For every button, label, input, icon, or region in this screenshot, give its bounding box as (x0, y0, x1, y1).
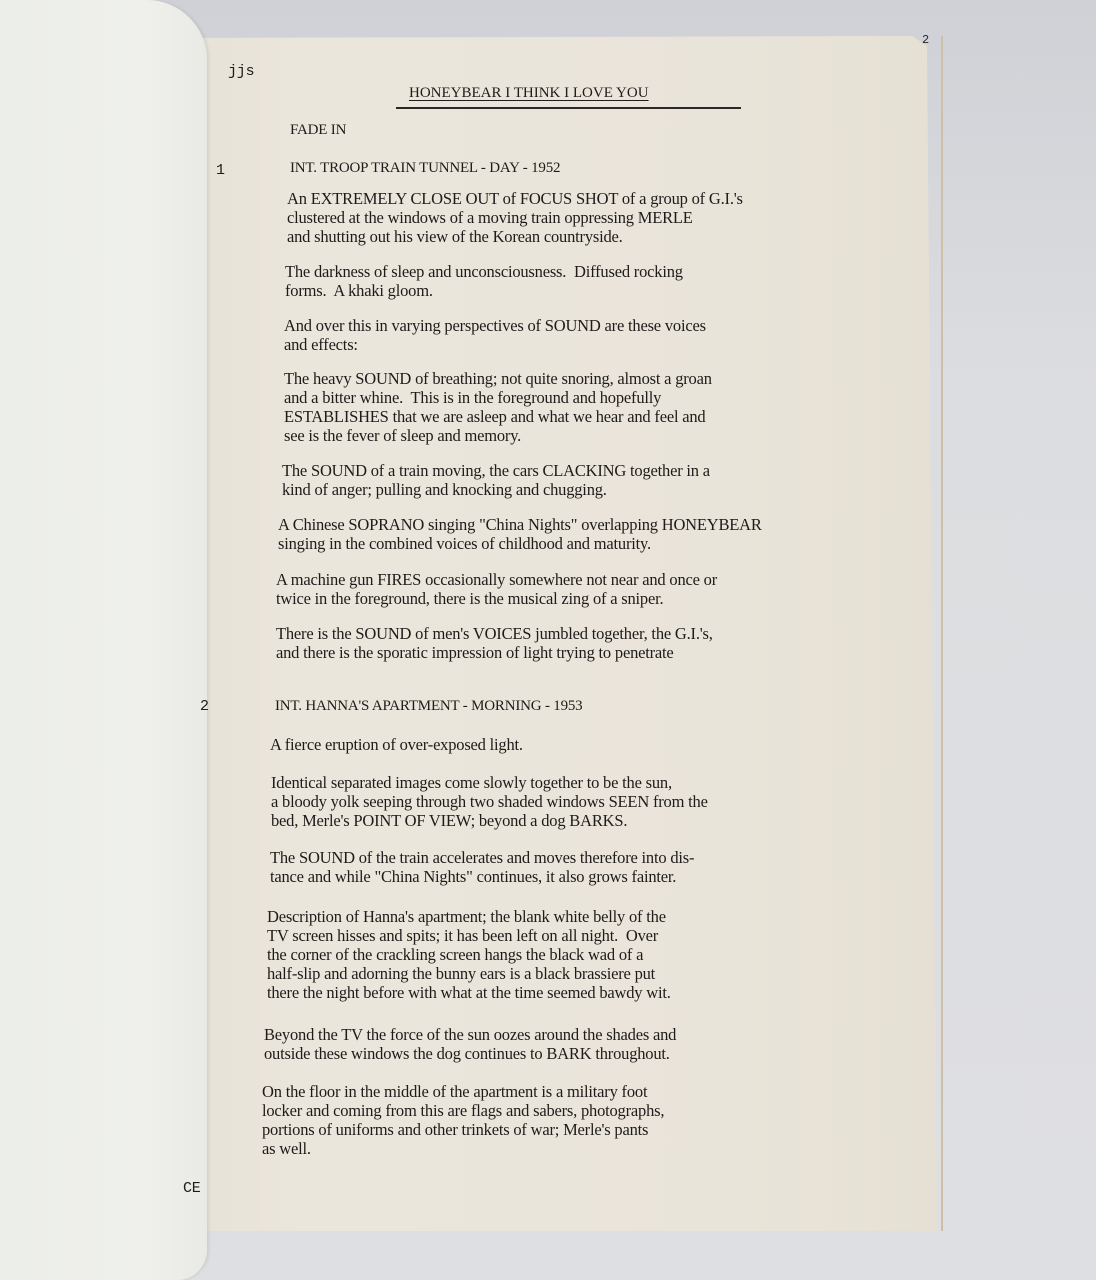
action-line: ESTABLISHES that we are asleep and what … (284, 407, 712, 426)
scene-heading: INT. HANNA'S APARTMENT - MORNING - 1953 (275, 697, 583, 716)
action-line: outside these windows the dog continues … (264, 1044, 676, 1063)
action-paragraph: The SOUND of the train accelerates and m… (270, 848, 694, 886)
action-line: half-slip and adorning the bunny ears is… (267, 964, 671, 983)
title-underline (396, 107, 741, 109)
action-line: bed, Merle's POINT OF VIEW; beyond a dog… (271, 811, 708, 830)
action-line: Identical separated images come slowly t… (271, 773, 708, 792)
action-paragraph: A Chinese SOPRANO singing "China Nights"… (278, 515, 762, 553)
action-line: and effects: (284, 335, 706, 354)
action-line: singing in the combined voices of childh… (278, 534, 762, 553)
action-line: kind of anger; pulling and knocking and … (282, 480, 710, 499)
action-line: twice in the foreground, there is the mu… (276, 589, 717, 608)
action-line: And over this in varying perspectives of… (284, 316, 706, 335)
binding-left-page (0, 0, 207, 1280)
typist-initials-top: jjs (228, 62, 254, 81)
action-paragraph: A fierce eruption of over-exposed light. (270, 735, 523, 754)
action-paragraph: A machine gun FIRES occasionally somewhe… (276, 570, 717, 608)
action-line: portions of uniforms and other trinkets … (262, 1120, 664, 1139)
action-line: forms. A khaki gloom. (285, 281, 683, 300)
action-paragraph: Beyond the TV the force of the sun oozes… (264, 1025, 676, 1063)
action-line: There is the SOUND of men's VOICES jumbl… (276, 624, 713, 643)
action-line: Description of Hanna's apartment; the bl… (267, 907, 671, 926)
action-line: and shutting out his view of the Korean … (287, 227, 743, 246)
action-line: and a bitter whine. This is in the foreg… (284, 388, 712, 407)
action-line: and there is the sporatic impression of … (276, 643, 713, 662)
action-line: An EXTREMELY CLOSE OUT of FOCUS SHOT of … (287, 189, 743, 208)
action-line: the corner of the crackling screen hangs… (267, 945, 671, 964)
action-paragraph: There is the SOUND of men's VOICES jumbl… (276, 624, 713, 662)
scene-heading: INT. TROOP TRAIN TUNNEL - DAY - 1952 (290, 159, 560, 178)
script-title: HONEYBEAR I THINK I LOVE YOU (409, 84, 649, 103)
typist-initials-bottom: CE (183, 1179, 201, 1198)
action-line: A fierce eruption of over-exposed light. (270, 735, 523, 754)
action-line: A Chinese SOPRANO singing "China Nights"… (278, 515, 762, 534)
action-line: A machine gun FIRES occasionally somewhe… (276, 570, 717, 589)
action-paragraph: An EXTREMELY CLOSE OUT of FOCUS SHOT of … (287, 189, 743, 246)
action-paragraph: And over this in varying perspectives of… (284, 316, 706, 354)
transition-fade-in: FADE IN (290, 121, 346, 140)
action-paragraph: Description of Hanna's apartment; the bl… (267, 907, 671, 1002)
action-line: there the night before with what at the … (267, 983, 671, 1002)
action-line: On the floor in the middle of the apartm… (262, 1082, 664, 1101)
action-line: tance and while "China Nights" continues… (270, 867, 694, 886)
action-line: The SOUND of a train moving, the cars CL… (282, 461, 710, 480)
action-paragraph: The darkness of sleep and unconsciousnes… (285, 262, 683, 300)
action-line: TV screen hisses and spits; it has been … (267, 926, 671, 945)
action-line: a bloody yolk seeping through two shaded… (271, 792, 708, 811)
scene-number: 1 (216, 161, 225, 180)
action-paragraph: Identical separated images come slowly t… (271, 773, 708, 830)
action-line: The SOUND of the train accelerates and m… (270, 848, 694, 867)
action-line: Beyond the TV the force of the sun oozes… (264, 1025, 676, 1044)
action-line: The heavy SOUND of breathing; not quite … (284, 369, 712, 388)
action-line: see is the fever of sleep and memory. (284, 426, 712, 445)
page-number: 2 (922, 31, 929, 50)
action-line: as well. (262, 1139, 664, 1158)
action-paragraph: On the floor in the middle of the apartm… (262, 1082, 664, 1158)
action-line: The darkness of sleep and unconsciousnes… (285, 262, 683, 281)
action-paragraph: The SOUND of a train moving, the cars CL… (282, 461, 710, 499)
action-line: locker and coming from this are flags an… (262, 1101, 664, 1120)
action-paragraph: The heavy SOUND of breathing; not quite … (284, 369, 712, 445)
action-line: clustered at the windows of a moving tra… (287, 208, 743, 227)
scene-number: 2 (200, 697, 209, 716)
